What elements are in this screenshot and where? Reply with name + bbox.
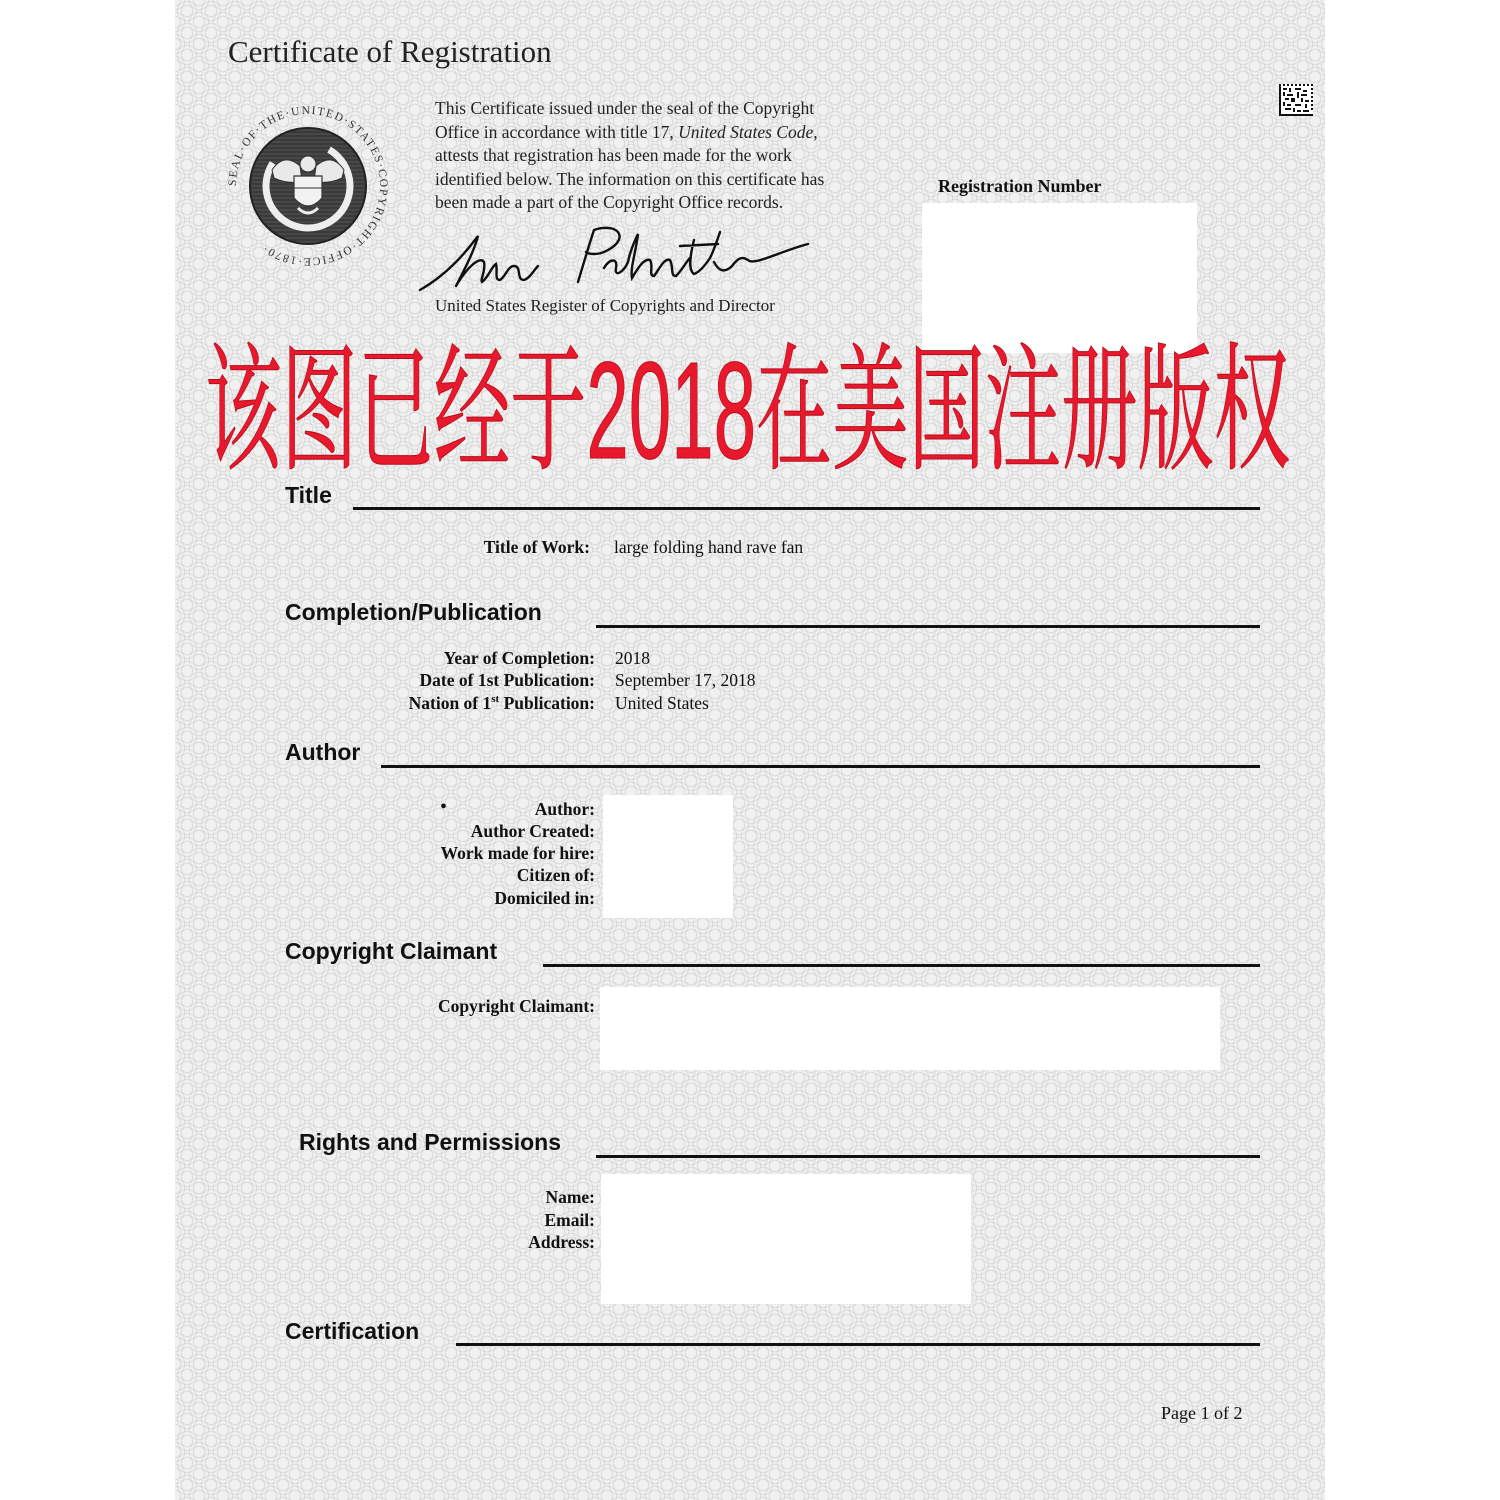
intro-line: identified below. The information on thi… <box>435 168 885 192</box>
field-label-copyright-claimant: Copyright Claimant: <box>265 995 595 1018</box>
section-divider <box>456 1343 1260 1346</box>
field-value-year-of-completion: 2018 <box>615 647 650 670</box>
field-label-title-of-work: Title of Work: <box>260 536 590 559</box>
section-heading-rights: Rights and Permissions <box>299 1129 561 1156</box>
intro-line: This Certificate issued under the seal o… <box>435 97 885 121</box>
field-label-year-of-completion: Year of Completion: <box>265 647 595 670</box>
field-label-citizen-of: Citizen of: <box>265 864 595 887</box>
author-details-redacted <box>603 795 733 918</box>
section-heading-certification: Certification <box>285 1318 419 1345</box>
field-label-nation-of-publication: Nation of 1st Publication: <box>265 692 595 715</box>
label-text: Nation of 1 <box>409 693 492 713</box>
field-value-nation-of-publication: United States <box>615 692 709 715</box>
field-value-date-of-publication: September 17, 2018 <box>615 669 755 692</box>
section-divider <box>596 1155 1260 1158</box>
field-label-author: Author: <box>265 798 595 821</box>
intro-line-italic: United States Code, <box>678 122 818 142</box>
rights-details-redacted <box>601 1174 971 1304</box>
claimant-details-redacted <box>600 987 1220 1070</box>
signature-icon <box>418 222 818 302</box>
page-number: Page 1 of 2 <box>1161 1403 1242 1424</box>
section-divider <box>353 507 1260 510</box>
section-heading-completion: Completion/Publication <box>285 599 542 626</box>
field-label-work-made-for-hire: Work made for hire: <box>265 842 595 865</box>
field-value-title-of-work: large folding hand rave fan <box>614 536 803 559</box>
signer-title: United States Register of Copyrights and… <box>435 296 775 316</box>
intro-line: attests that registration has been made … <box>435 144 885 168</box>
intro-line: been made a part of the Copyright Office… <box>435 191 885 215</box>
intro-line: Office in accordance with title 17, Unit… <box>435 121 885 145</box>
us-copyright-office-seal-icon: SEAL·OF·THE·UNITED·STATES·COPYRIGHT·OFFI… <box>222 100 394 277</box>
section-divider <box>381 765 1260 768</box>
field-label-name: Name: <box>265 1186 595 1209</box>
svg-text:该图已经于2018在美国注册版权: 该图已经于2018在美国注册版权 <box>205 334 1290 488</box>
section-divider <box>596 625 1260 628</box>
section-heading-title: Title <box>285 482 332 509</box>
label-text: Publication: <box>499 693 595 713</box>
field-label-email: Email: <box>265 1209 595 1232</box>
section-heading-author: Author <box>285 739 360 766</box>
datamatrix-barcode-icon <box>1279 84 1313 116</box>
copyright-overlay-stamp: 该图已经于2018在美国注册版权 <box>205 318 1300 488</box>
field-label-author-created: Author Created: <box>265 820 595 843</box>
field-label-address: Address: <box>265 1231 595 1254</box>
section-divider <box>543 964 1260 967</box>
certificate-intro-text: This Certificate issued under the seal o… <box>435 97 885 215</box>
section-heading-claimant: Copyright Claimant <box>285 938 497 965</box>
registration-number-label: Registration Number <box>938 176 1101 197</box>
certificate-title: Certificate of Registration <box>228 34 552 70</box>
field-label-domiciled-in: Domiciled in: <box>265 887 595 910</box>
intro-line-text: Office in accordance with title 17, <box>435 122 678 142</box>
field-label-date-of-publication: Date of 1st Publication: <box>265 669 595 692</box>
